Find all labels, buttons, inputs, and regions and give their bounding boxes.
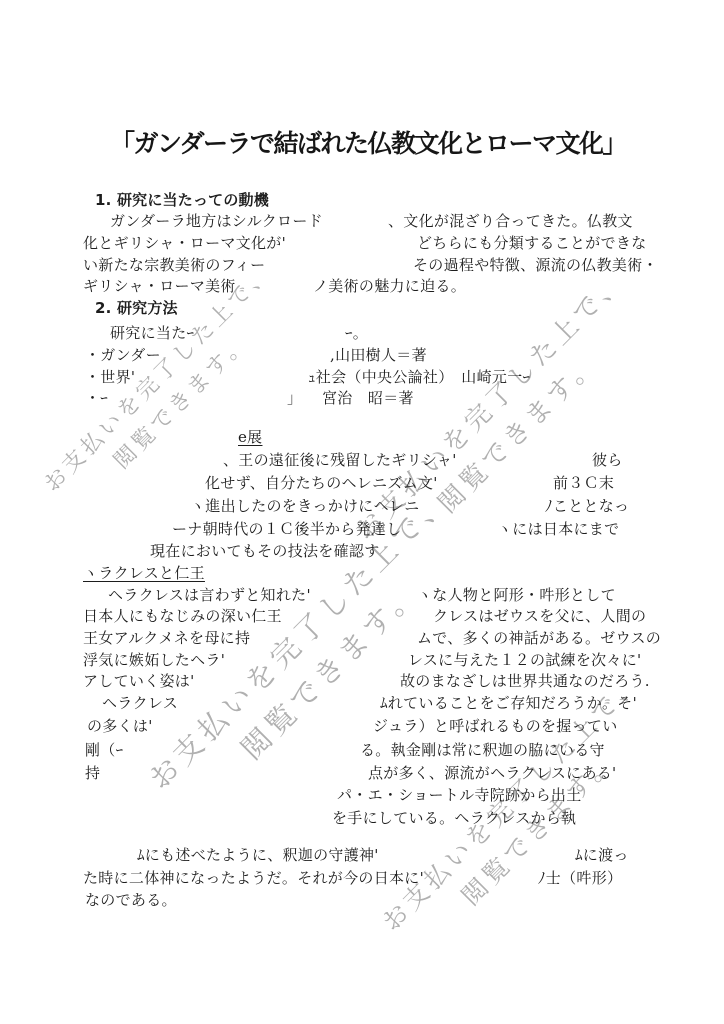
text-segment: レスに与えた１２の試練を次々に': [408, 652, 641, 669]
text-segment: クレスはゼウスを父に、人間の: [433, 608, 646, 625]
text-segment: なのである。: [85, 892, 177, 909]
text-segment: 持: [85, 765, 100, 782]
text-segment: 化とギリシャ・ローマ文化が': [83, 235, 286, 252]
text-segment: 化せず、自分たちのヘレニズム文': [205, 475, 438, 492]
text-segment: ムで、多くの神話がある。ゼウスの: [417, 630, 661, 647]
text-segment: ﾑにも述べたように、釈迦の守護神': [137, 847, 379, 864]
text-segment: 、王の遠征後に残留したギリシャ': [223, 452, 457, 469]
text-segment: ﾑに渡っ: [575, 847, 629, 864]
text-segment: 、文化が混ざり合ってきた。仏教文: [388, 213, 633, 230]
text-segment: 点が多く、源流がヘラクレスにある': [368, 765, 616, 782]
text-segment: ﾉこととなっ: [545, 498, 629, 515]
text-segment: 彼ら: [592, 452, 623, 469]
text-segment: その過程や特徴、源流の仏教美術・: [413, 257, 658, 274]
text-segment: 浮気に嫉妬したヘラ': [83, 652, 225, 669]
text-segment: ヘラクレスは言わずと知れた': [108, 587, 311, 604]
text-segment: 王女アルクメネを母に持: [83, 630, 250, 647]
text-segment: た時に二体神になったようだ。それが今の日本に': [83, 870, 424, 887]
text-segment: 現在においてもその技法を確認す: [150, 543, 380, 560]
text-segment: ｰ。: [345, 325, 368, 342]
text-segment: ーナ朝時代の１Ｃ後半から発達し: [172, 521, 402, 538]
text-segment: 故のまなざしは世界共通なのだろう.: [400, 673, 650, 690]
text-segment: ジュラ）と呼ばれるものを握ってい: [373, 718, 618, 735]
text-segment: ・ガンダー: [85, 347, 161, 364]
text-segment: 2. 研究方法: [95, 300, 178, 317]
text-segment: アしていく姿は': [83, 673, 195, 690]
scanned-document-page: お支払いを完了した上で、 閲覧できます。お支払いを完了した上で、 閲覧できます。…: [0, 0, 724, 1024]
text-segment: パ・エ・ショートル寺院跡から出土: [337, 787, 582, 804]
text-segment: ・世界': [85, 369, 135, 386]
text-segment: の多くは': [87, 718, 153, 735]
text-segment: ヽな人物と阿形・吽形として: [417, 587, 616, 604]
text-segment: ヽ進出したのをきっかけにヘレニ: [190, 498, 420, 515]
document-title: 「ガンダーラで結ばれた仏教文化とローマ文化」: [110, 124, 626, 160]
text-segment: e展: [238, 429, 262, 446]
text-segment: ノ美術の魅力に迫る。: [313, 278, 466, 295]
text-segment: 日本人にもなじみの深い仁王: [83, 608, 282, 625]
text-segment: ギリシャ・ローマ美術: [83, 278, 236, 295]
text-segment: ,山田樹人＝著: [330, 347, 427, 364]
text-segment: どちらにも分類することができな: [417, 235, 647, 252]
text-segment: 前３Ｃ末: [553, 475, 614, 492]
text-segment: ガンダーラ地方はシルクロード: [110, 213, 323, 230]
text-segment: ・ｰ: [85, 390, 108, 407]
text-segment: 研究に当たｰ: [110, 325, 194, 342]
text-segment: 1. 研究に当たっての動機: [95, 192, 269, 209]
text-segment: 」: [287, 390, 302, 407]
text-segment: ヘラクレス: [102, 695, 178, 712]
text-segment: ﾉ士（吽形）: [538, 870, 622, 887]
text-segment: る。執金剛は常に釈迦の脇にいる守: [360, 742, 605, 759]
text-segment: い新たな宗教美術のフィー: [83, 257, 265, 274]
text-segment: を手にしている。ヘラクレスから執: [332, 810, 576, 827]
text-segment: ヽには日本にまで: [497, 521, 619, 538]
text-segment: ｭ社会（中央公論社） 山崎元一ｰ: [308, 369, 530, 386]
text-segment: 剛（ｰ: [85, 742, 123, 759]
text-segment: ﾑれていることをご存知だろうか。そ': [380, 695, 637, 712]
text-segment: ヽラクレスと仁王: [83, 565, 205, 582]
text-segment: 宮治 昭＝著: [322, 390, 414, 407]
